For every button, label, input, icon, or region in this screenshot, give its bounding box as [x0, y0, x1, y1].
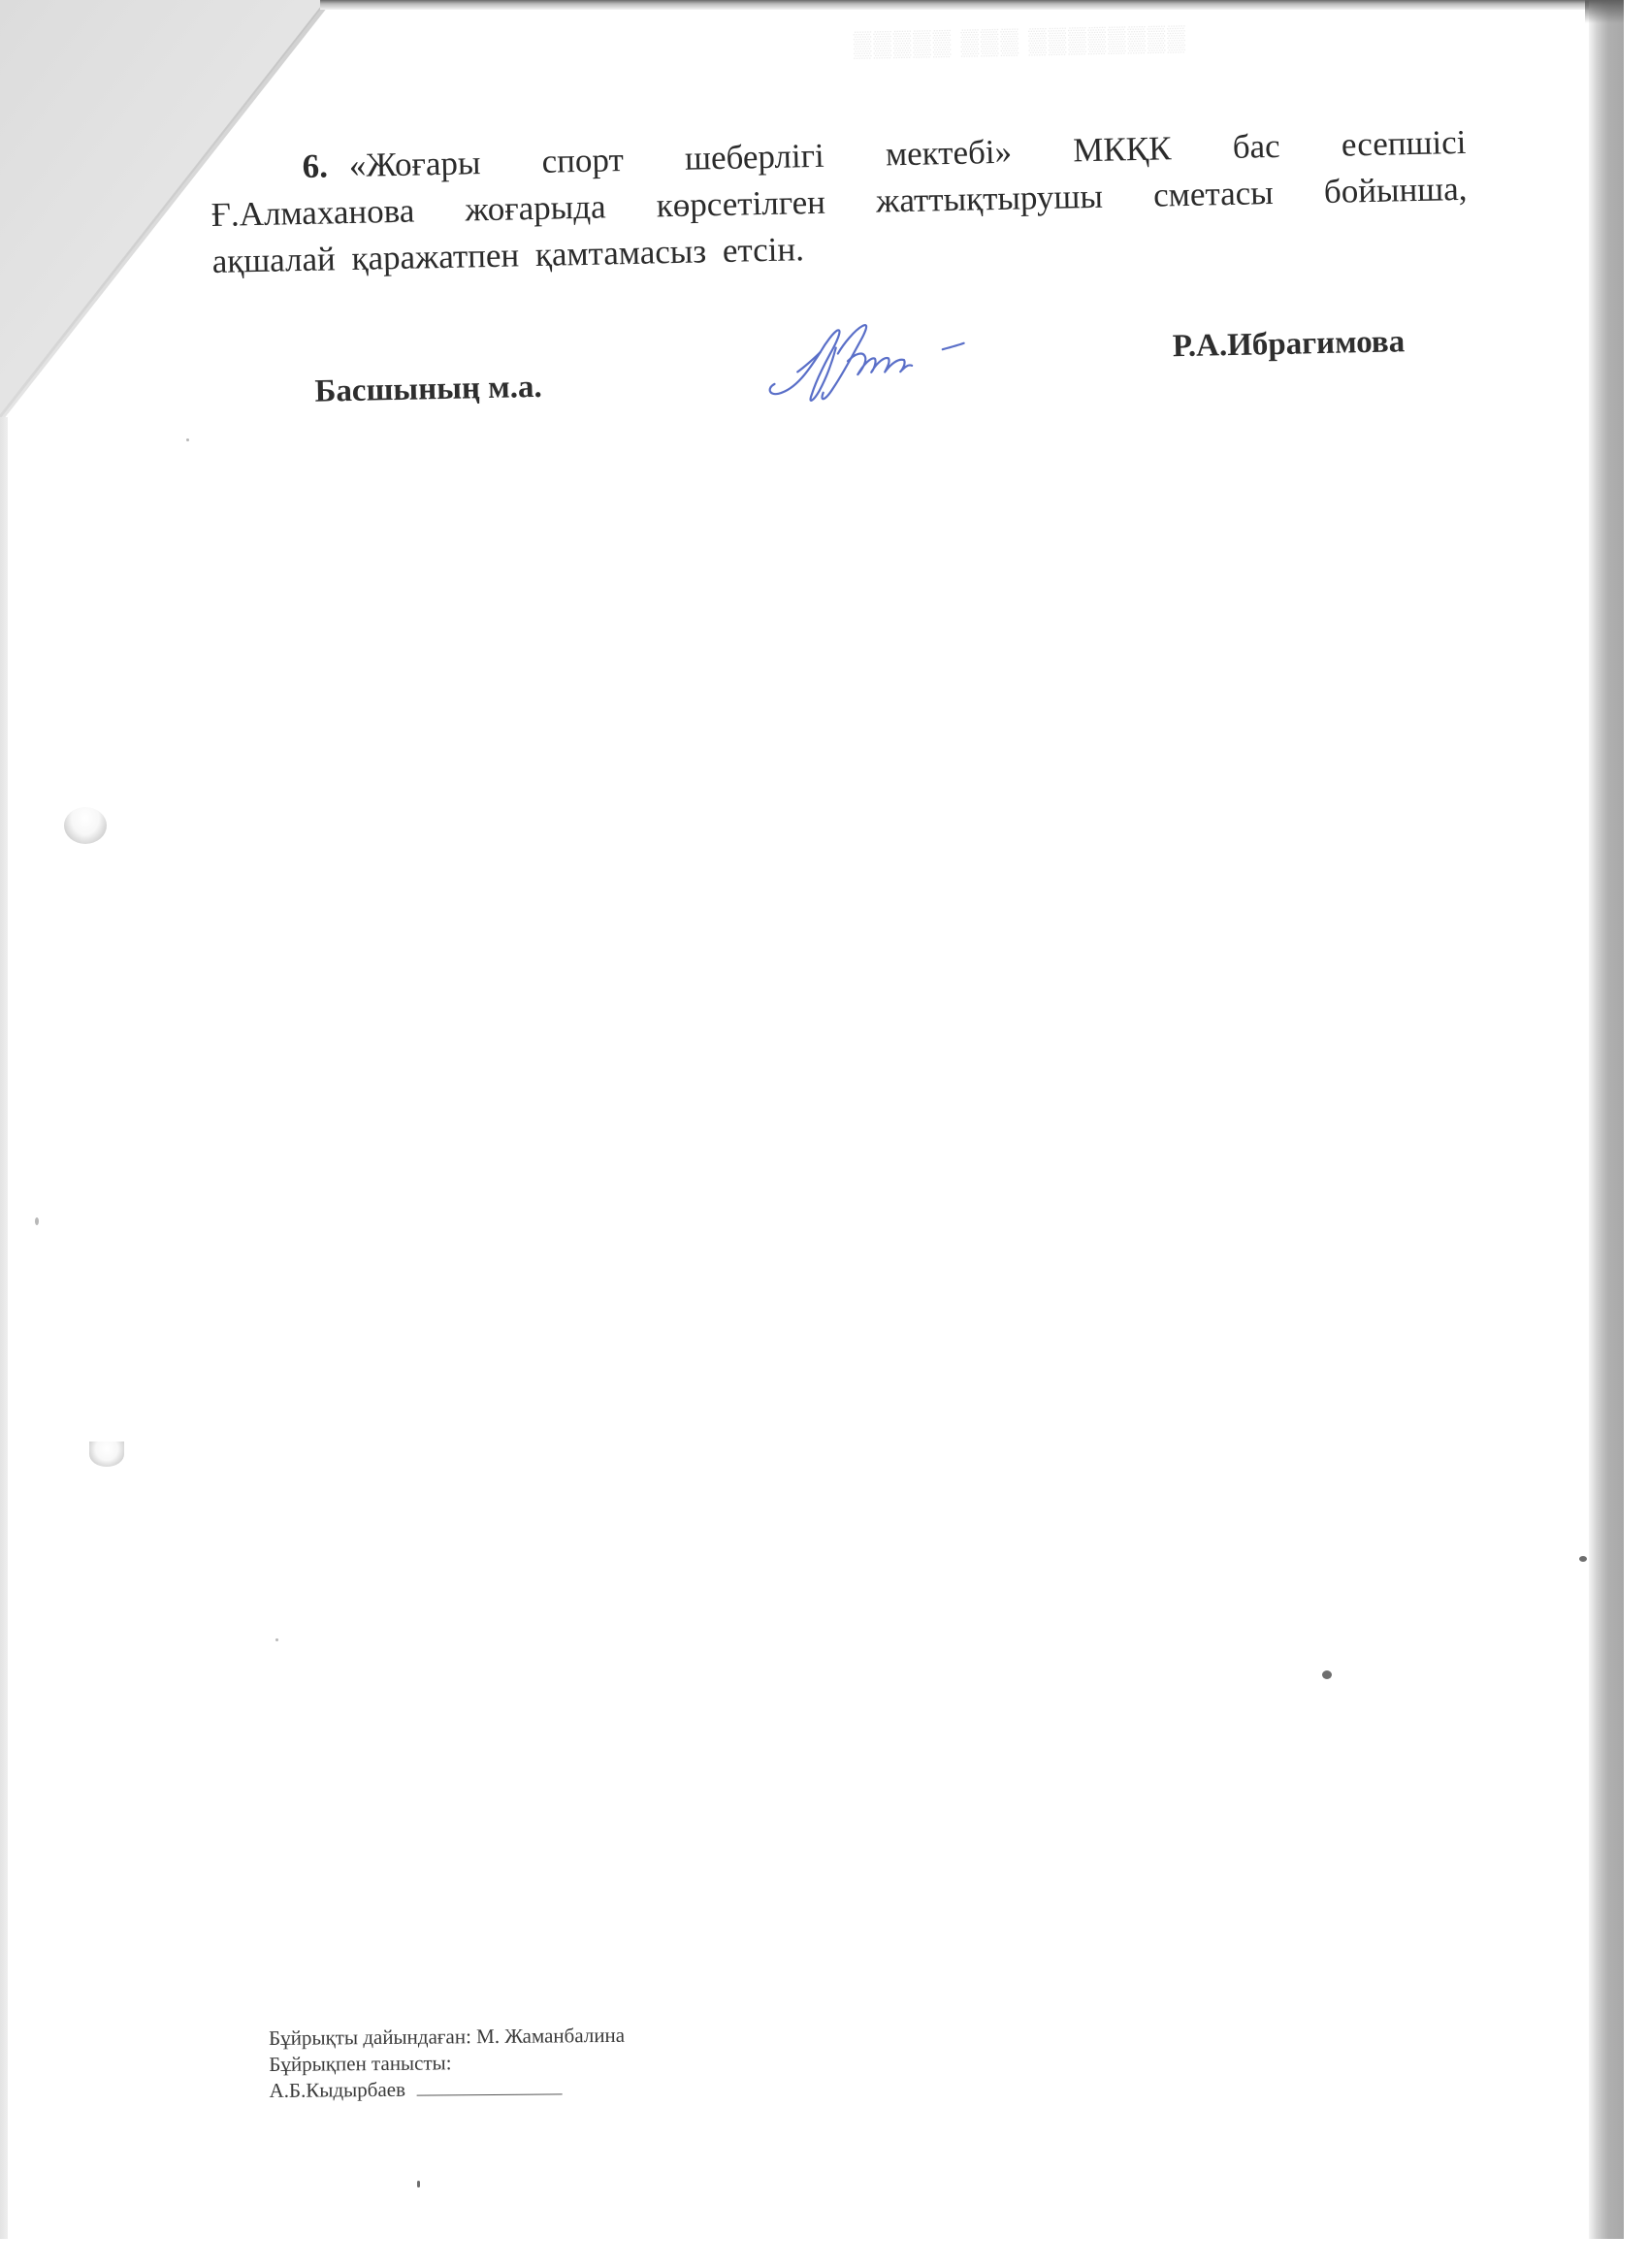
signature-block: Басшының м.а. Р.А.Ибрагимова	[0, 0, 1649, 489]
signatory-title: Басшының м.а.	[314, 370, 542, 410]
signature-blank-line	[417, 2093, 563, 2095]
document-content: 6.«Жоғары спорт шеберлігі мектебі» МКҚК …	[0, 0, 1649, 2268]
signatory-name: Р.А.Ибрагимова	[1172, 324, 1405, 365]
acquainted-line: А.Б.Кыдырбаев	[269, 2075, 625, 2104]
prepared-by-line: Бұйрықты дайындаған: М. Жаманбалина	[269, 2023, 625, 2052]
handwritten-signature-icon	[761, 316, 977, 414]
document-footer: Бұйрықты дайындаған: М. Жаманбалина Бұйр…	[269, 2023, 626, 2104]
acquainted-name: А.Б.Кыдырбаев	[269, 2078, 405, 2102]
left-edge-shadow	[0, 417, 8, 2241]
acquainted-label: Бұйрықпен танысты:	[269, 2049, 625, 2078]
